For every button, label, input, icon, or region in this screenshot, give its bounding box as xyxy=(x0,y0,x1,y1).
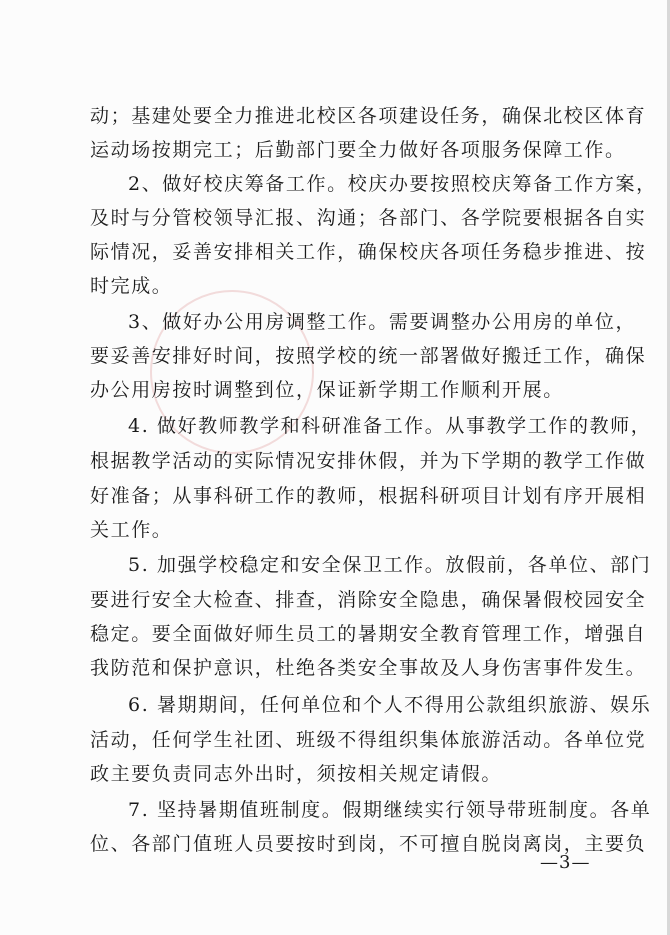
text-line: 政主要负责同志外出时，须按相关规定请假。 xyxy=(90,762,590,786)
text-line: 及时与分管校领导汇报、沟通；各部门、各学院要根据各自实 xyxy=(90,206,590,230)
text-line: 际情况，妥善安排相关工作，确保校庆各项任务稳步推进、按 xyxy=(90,240,590,264)
text-line: 要进行安全大检查、排查，消除安全隐患，确保暑假校园安全 xyxy=(90,588,590,612)
text-line: 我防范和保护意识，杜绝各类安全事故及人身伤害事件发生。 xyxy=(90,656,590,680)
text-line: 办公用房按时调整到位，保证新学期工作顺利开展。 xyxy=(90,378,590,402)
text-line: 好准备；从事科研工作的教师，根据科研项目计划有序开展相 xyxy=(90,484,590,508)
text-line: 6. 暑期期间，任何单位和个人不得用公款组织旅游、娱乐 xyxy=(128,693,628,717)
text-line: 2、做好校庆筹备工作。校庆办要按照校庆筹备工作方案， xyxy=(128,172,628,196)
text-line: 根据教学活动的实际情况安排休假，并为下学期的教学工作做 xyxy=(90,449,590,473)
text-line: 时完成。 xyxy=(90,274,590,298)
text-line: 7. 坚持暑期值班制度。假期继续实行领导带班制度。各单 xyxy=(128,798,628,822)
text-line: 4. 做好教师教学和科研准备工作。从事教学工作的教师， xyxy=(128,414,628,438)
text-line: 稳定。要全面做好师生员工的暑期安全教育管理工作，增强自 xyxy=(90,622,590,646)
page-number: —3— xyxy=(540,852,590,873)
text-line: 位、各部门值班人员要按时到岗，不可擅自脱岗离岗，主要负 xyxy=(90,832,590,856)
text-line: 要妥善安排好时间，按照学校的统一部署做好搬迁工作，确保 xyxy=(90,344,590,368)
text-line: 活动，任何学生社团、班级不得组织集体旅游活动。各单位党 xyxy=(90,728,590,752)
text-line: 运动场按期完工；后勤部门要全力做好各项服务保障工作。 xyxy=(90,138,590,162)
text-line: 3、做好办公用房调整工作。需要调整办公用房的单位， xyxy=(128,310,628,334)
document-page: 动；基建处要全力推进北校区各项建设任务，确保北校区体育运动场按期完工；后勤部门要… xyxy=(0,0,670,935)
text-line: 动；基建处要全力推进北校区各项建设任务，确保北校区体育 xyxy=(90,104,590,128)
text-line: 5. 加强学校稳定和安全保卫工作。放假前，各单位、部门 xyxy=(128,553,628,577)
text-line: 关工作。 xyxy=(90,518,590,542)
